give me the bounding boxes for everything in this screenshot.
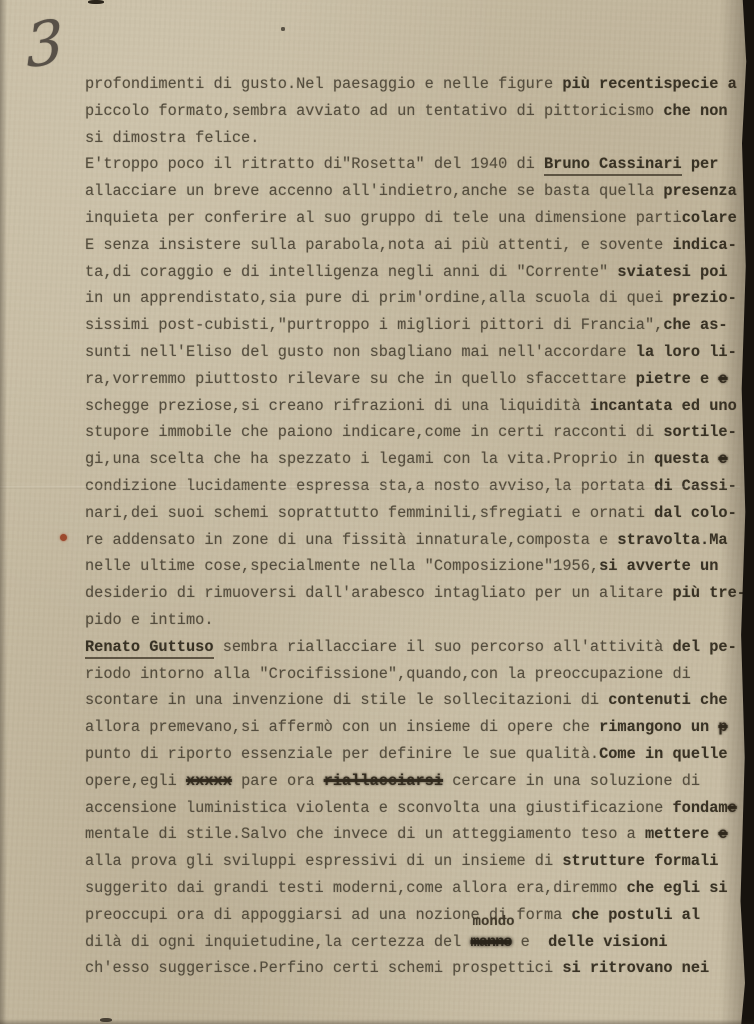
text-segment: allacciare un breve accenno all'indietro… <box>85 182 663 200</box>
text-segment: cercare in una soluzione di <box>443 772 700 790</box>
text-line: opere,egli xxxxx pare ora riallacciarsi … <box>85 768 747 795</box>
text-segment: sunti nell'Eliso del gusto non sbagliano… <box>85 343 636 361</box>
text-line: allora premevano,si affermò con un insie… <box>85 714 747 741</box>
text-segment: stupore immobile che paiono indicare,com… <box>85 423 663 441</box>
text-line: stupore immobile che paiono indicare,com… <box>85 419 747 446</box>
text-line: nari,dei suoi schemi soprattutto femmini… <box>85 500 747 527</box>
text-line: nelle ultime cose,specialmente nella "Co… <box>85 553 747 580</box>
text-segment: ra,vorremmo piuttosto rilevare su che in… <box>85 370 636 388</box>
text-segment: riodo intorno alla "Crocifissione",quand… <box>85 665 691 683</box>
text-segment: pietre e <box>636 370 719 388</box>
text-segment: profondimenti di gusto.Nel paesaggio e n… <box>85 75 562 93</box>
text-segment: delle visioni <box>548 933 667 951</box>
text-segment: xxxxx <box>186 772 232 790</box>
text-segment: più recentispecie a <box>562 75 736 93</box>
text-segment: pare ora <box>232 772 324 790</box>
scan-edge-bottom <box>0 1019 754 1024</box>
text-line: si dimostra felice. <box>85 125 747 152</box>
text-segment <box>682 155 691 173</box>
text-segment: in un apprendistato,sia pure di prim'ord… <box>85 289 673 307</box>
text-line: E'troppo poco il ritratto di"Rosetta" de… <box>85 151 747 178</box>
text-segment: schegge preziose,si creano rifrazioni di… <box>85 397 590 415</box>
manuscript-page: 3 profondimenti di gusto.Nel paesaggio e… <box>0 0 754 1024</box>
text-line: accensione luministica violenta e sconvo… <box>85 795 747 822</box>
text-line: alla prova gli sviluppi espressivi di un… <box>85 848 747 875</box>
text-line: dilà di ogni inquietudine,la certezza de… <box>85 929 747 956</box>
text-segment: alla prova gli sviluppi espressivi di un… <box>85 852 562 870</box>
text-segment: E senza insistere sulla parabola,nota ai… <box>85 236 673 254</box>
struck-word: manno <box>471 933 512 951</box>
text-segment: gi,una scelta che ha spezzato i legami c… <box>85 450 654 468</box>
text-line: Renato Guttuso sembra riallacciare il su… <box>85 634 747 661</box>
text-line: scontare in una invenzione di stile le s… <box>85 687 747 714</box>
text-segment: contenuti che <box>608 691 727 709</box>
text-segment: per <box>691 155 719 173</box>
text-segment: nari,dei suoi schemi soprattutto femmini… <box>85 504 654 522</box>
text-segment: dilà di ogni inquietudine,la certezza de… <box>85 933 471 951</box>
text-line: suggerito dai grandi testi moderni,come … <box>85 875 747 902</box>
text-segment: si dimostra felice. <box>85 129 259 147</box>
text-segment: punto di riporto essenziale per definire… <box>85 745 599 763</box>
text-segment: accensione luministica violenta e sconvo… <box>85 799 673 817</box>
text-line: pido e intimo. <box>85 607 747 634</box>
text-line: mentale di stile.Salvo che invece di un … <box>85 821 747 848</box>
overtype-correction: mondo <box>473 915 515 929</box>
text-segment: mettere <box>645 825 718 843</box>
text-line: desiderio di rimuoversi dall'arabesco in… <box>85 580 747 607</box>
paper-speck <box>281 27 285 31</box>
text-segment: si avverte un <box>599 557 718 575</box>
text-segment: suggerito dai grandi testi moderni,come … <box>85 879 627 897</box>
text-segment: pido e intimo. <box>85 611 214 629</box>
text-segment: nelle ultime cose,specialmente nella "Co… <box>85 557 599 575</box>
text-segment: inquieta per conferire al suo gruppo di … <box>85 209 682 227</box>
text-line: E senza insistere sulla parabola,nota ai… <box>85 232 747 259</box>
text-segment: opere,egli <box>85 772 186 790</box>
text-segment: mondomanno <box>471 929 512 956</box>
text-line: ch'esso suggerisce.Perfino certi schemi … <box>85 955 747 982</box>
text-line: sissimi post-cubisti,"purtroppo i miglio… <box>85 312 747 339</box>
text-segment: questa <box>654 450 718 468</box>
text-segment: stravolta.Ma <box>617 531 727 549</box>
text-segment: mentale di stile.Salvo che invece di un … <box>85 825 645 843</box>
text-segment: incantata ed uno <box>590 397 737 415</box>
text-segment: si ritrovano nei <box>562 959 709 977</box>
paper-crease <box>0 486 740 489</box>
text-segment: che egli si <box>627 879 728 897</box>
text-segment: ch'esso suggerisce.Perfino certi schemi … <box>85 959 562 977</box>
red-margin-dot <box>60 534 67 541</box>
text-segment: riallacciarsi <box>324 772 443 790</box>
text-line: piccolo formato,sembra avviato ad un ten… <box>85 98 747 125</box>
text-line: schegge preziose,si creano rifrazioni di… <box>85 393 747 420</box>
text-line: ta,di coraggio e di intelligenza negli a… <box>85 259 747 286</box>
text-segment: Come in quelle <box>599 745 728 763</box>
text-line: riodo intorno alla "Crocifissione",quand… <box>85 661 747 688</box>
text-line: preoccupi ora di appoggiarsi ad una nozi… <box>85 902 747 929</box>
text-segment: ta,di coraggio e di intelligenza negli a… <box>85 263 617 281</box>
text-segment: sviatesi poi <box>617 263 727 281</box>
text-line: inquieta per conferire al suo gruppo di … <box>85 205 747 232</box>
text-segment: Renato Guttuso <box>85 638 214 659</box>
text-segment: che postuli al <box>572 906 701 924</box>
text-segment: e <box>511 933 548 951</box>
text-segment: sembra riallacciare il suo percorso all'… <box>214 638 673 656</box>
text-line: ra,vorremmo piuttosto rilevare su che in… <box>85 366 747 393</box>
text-line: in un apprendistato,sia pure di prim'ord… <box>85 285 747 312</box>
text-segment: sissimi post-cubisti,"purtroppo i miglio… <box>85 316 663 334</box>
text-line: allacciare un breve accenno all'indietro… <box>85 178 747 205</box>
text-segment: rimangono un <box>599 718 718 736</box>
paper-speck <box>88 0 104 4</box>
text-segment: re addensato in zone di una fissità inna… <box>85 531 617 549</box>
scan-edge-left <box>0 0 7 1024</box>
typewritten-text: profondimenti di gusto.Nel paesaggio e n… <box>85 71 747 982</box>
text-segment: desiderio di rimuoversi dall'arabesco in… <box>85 584 673 602</box>
text-line: re addensato in zone di una fissità inna… <box>85 527 747 554</box>
text-segment: allora premevano,si affermò con un insie… <box>85 718 599 736</box>
text-line: sunti nell'Eliso del gusto non sbagliano… <box>85 339 747 366</box>
text-segment: E'troppo poco il ritratto di"Rosetta" de… <box>85 155 544 173</box>
text-segment: strutture formali <box>562 852 718 870</box>
text-segment: scontare in una invenzione di stile le s… <box>85 691 608 709</box>
text-segment: piccolo formato,sembra avviato ad un ten… <box>85 102 663 120</box>
text-segment: che non <box>663 102 727 120</box>
text-line: gi,una scelta che ha spezzato i legami c… <box>85 446 747 473</box>
text-line: profondimenti di gusto.Nel paesaggio e n… <box>85 71 747 98</box>
text-segment: che as- <box>663 316 727 334</box>
text-line: punto di riporto essenziale per definire… <box>85 741 747 768</box>
text-segment: Bruno Cassinari <box>544 155 682 176</box>
